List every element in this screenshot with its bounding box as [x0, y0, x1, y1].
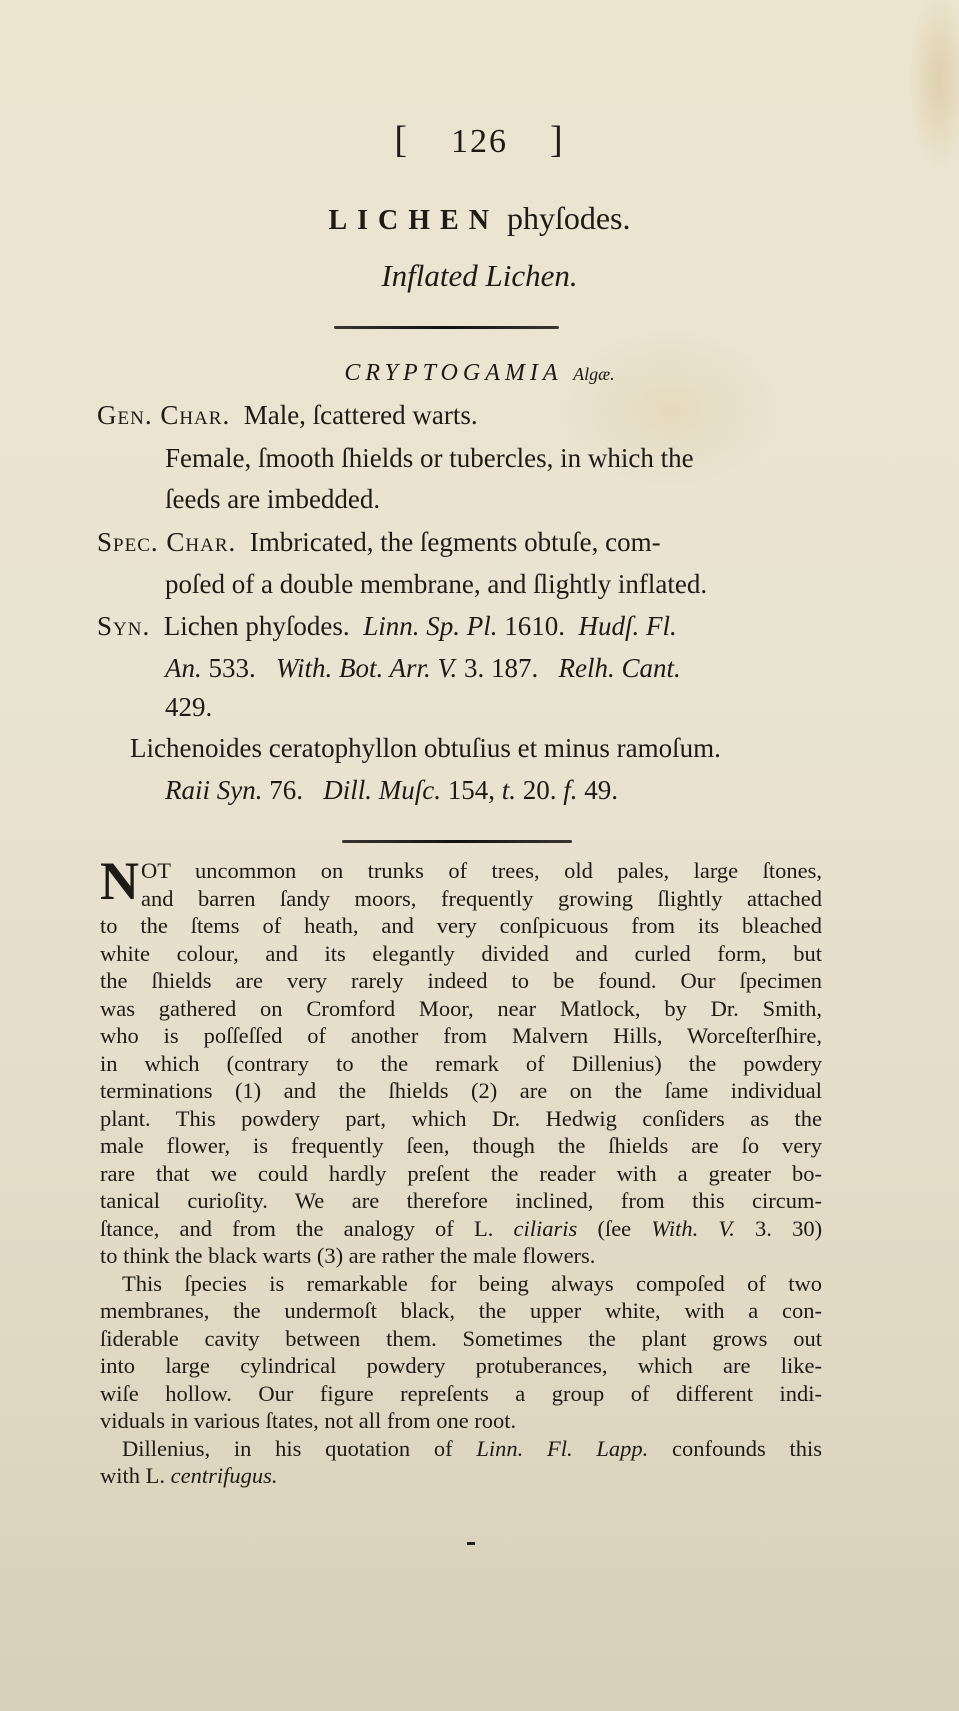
body-line: wiſe hollow. Our figure repreſents a gro… [100, 1380, 822, 1408]
citation: f. [563, 775, 577, 805]
body-line: membranes, the undermoſt black, the uppe… [100, 1297, 822, 1325]
gen-char-line1: Gen. Char. Male, ſcattered warts. [97, 400, 478, 431]
divider-rule [342, 840, 572, 843]
classification: CRYPTOGAMIA Algæ. [0, 360, 959, 387]
citation: Dill. Muſc. [323, 775, 441, 805]
body-line: plant. This powdery part, which Dr. Hedw… [100, 1105, 822, 1133]
spec-char-label: Spec. Char. [97, 527, 236, 557]
body-line: with L. centrifugus. [100, 1462, 822, 1490]
syn-text: Lichen phyſodes. [164, 611, 350, 641]
citation: With. Bot. Arr. V. [276, 653, 457, 683]
gen-char-line3: ſeeds are imbedded. [165, 484, 380, 515]
citation-number: 533. [209, 653, 256, 683]
body-line: in which (contrary to the remark of Dill… [100, 1050, 822, 1078]
text-run: ſtance, and from the analogy of L. [100, 1216, 493, 1241]
body-line: who is poſſeſſed of another from Malvern… [100, 1022, 822, 1050]
order-name: Algæ. [573, 364, 615, 384]
divider-rule [334, 326, 559, 329]
body-line: into large cylindrical powdery protubera… [100, 1352, 822, 1380]
species-title: LICHEN phyſodes. [0, 200, 959, 237]
page-number-value: 126 [451, 123, 508, 160]
text-run: confounds this [672, 1436, 822, 1461]
citation-number: 76. [269, 775, 303, 805]
book-page: [ 126 ] LICHEN phyſodes. Inflated Lichen… [0, 0, 959, 1711]
body-line: ſiderable cavity between them. Sometimes… [100, 1325, 822, 1353]
body-line: to think the black warts (3) are rather … [100, 1242, 822, 1270]
body-line: male flower, is frequently ſeen, though … [100, 1132, 822, 1160]
body-line: was gathered on Cromford Moor, near Matl… [100, 995, 822, 1023]
body-line: white colour, and its elegantly divided … [100, 940, 822, 968]
species-italic: ciliaris [514, 1216, 578, 1241]
body-line: Dillenius, in his quotation of Linn. Fl.… [100, 1435, 822, 1463]
citation-number: 3. 187. [464, 653, 538, 683]
citation: With. V. [651, 1216, 735, 1241]
citation-number: 20. [523, 775, 557, 805]
body-line: tanical curioſity. We are therefore incl… [100, 1187, 822, 1215]
citation-number: 154, [448, 775, 495, 805]
bracket-left: [ [394, 119, 409, 161]
citation: An. [165, 653, 202, 683]
citation-number: 1610. [504, 611, 565, 641]
citation: Linn. Fl. Lapp. [476, 1436, 648, 1461]
citation-number: 49. [584, 775, 618, 805]
spec-char-line1: Spec. Char. Imbricated, the ſegments obt… [97, 527, 661, 558]
text-run: with L. [100, 1463, 165, 1488]
text-run: Dillenius, in his quotation of [122, 1436, 453, 1461]
text-run: (ſee [597, 1216, 631, 1241]
citation: Relh. Cant. [559, 653, 681, 683]
syn-line2: An. 533. With. Bot. Arr. V. 3. 187. Relh… [165, 653, 681, 684]
syn-line1: Syn. Lichen phyſodes. Linn. Sp. Pl. 1610… [97, 611, 677, 642]
bracket-right: ] [550, 119, 565, 161]
spec-char-text: Imbricated, the ſegments obtuſe, com- [250, 527, 661, 557]
citation: Linn. Sp. Pl. [363, 611, 497, 641]
text-run: 3. 30) [755, 1216, 822, 1241]
syn-label: Syn. [97, 611, 150, 641]
syn-line3: 429. [165, 692, 212, 723]
body-line: to the ſtems of heath, and very conſpicu… [100, 912, 822, 940]
drop-cap: N [100, 861, 139, 901]
spec-char-line2: poſed of a double membrane, and ſlightly… [165, 569, 707, 600]
printer-mark [467, 1542, 475, 1545]
body-line: This ſpecies is remarkable for being alw… [100, 1270, 822, 1298]
syn-line5: Raii Syn. 76. Dill. Muſc. 154, t. 20. f.… [165, 775, 618, 806]
page-number: [ 126 ] [0, 118, 959, 162]
common-name: Inflated Lichen. [0, 258, 959, 294]
species-epithet: phyſodes. [507, 200, 631, 236]
body-line: and barren ſandy moors, frequently growi… [100, 885, 822, 913]
body-line: ſtance, and from the analogy of L. cilia… [100, 1215, 822, 1243]
citation: t. [502, 775, 516, 805]
gen-char-text: Male, ſcattered warts. [244, 400, 478, 430]
body-line: rare that we could hardly preſent the re… [100, 1160, 822, 1188]
syn-line4: Lichenoides ceratophyllon obtuſius et mi… [130, 733, 721, 764]
description-body: N OT uncommon on trunks of trees, old pa… [100, 857, 822, 1490]
gen-char-line2: Female, ſmooth ſhields or tubercles, in … [165, 443, 694, 474]
genus-name: LICHEN [328, 205, 498, 236]
citation: Hudſ. Fl. [578, 611, 676, 641]
class-name: CRYPTOGAMIA [344, 360, 562, 386]
gen-char-label: Gen. Char. [97, 400, 230, 430]
citation: Raii Syn. [165, 775, 262, 805]
species-italic: centrifugus. [171, 1463, 278, 1488]
body-line: viduals in various ſtates, not all from … [100, 1407, 822, 1435]
body-line: OT uncommon on trunks of trees, old pale… [100, 857, 822, 885]
body-line: the ſhields are very rarely indeed to be… [100, 967, 822, 995]
body-line: terminations (1) and the ſhields (2) are… [100, 1077, 822, 1105]
